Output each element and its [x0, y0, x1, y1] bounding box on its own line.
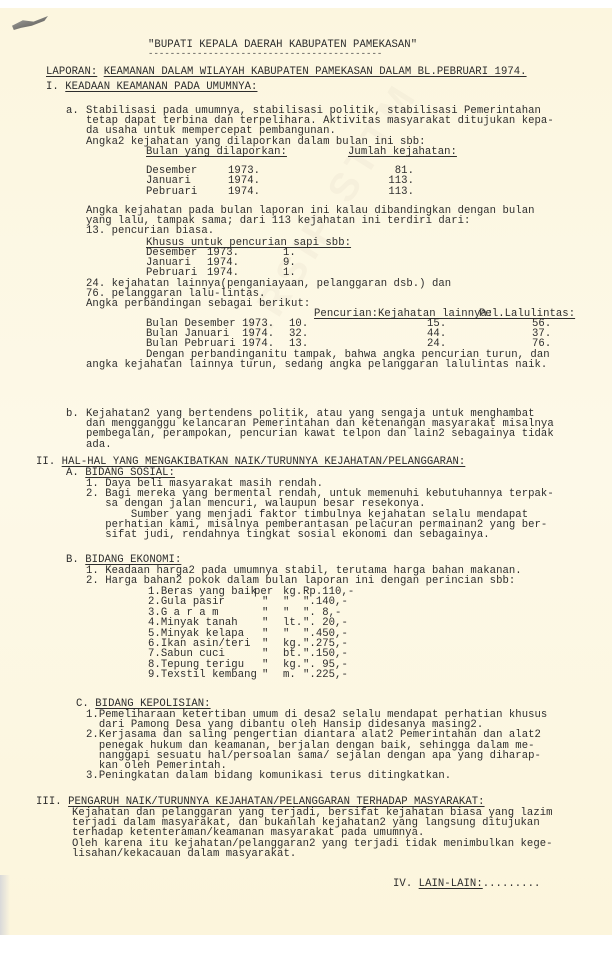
price-unit-prefix: "	[262, 670, 268, 681]
section-number: II.	[36, 456, 55, 468]
price-item: 9.Texstil kembang	[148, 670, 257, 681]
section-number: I.	[46, 81, 59, 93]
column-header: Pel.Lalulintas:	[479, 309, 575, 320]
paragraph-line: Angka perbandingan sebagai berikut:	[86, 299, 310, 310]
paragraph-line: pembegalan, perampokan, pencurian kawat …	[86, 429, 554, 440]
price-value: ".225,-	[303, 670, 348, 681]
column-header: Pencurian:	[314, 309, 378, 320]
item-b-marker: b.	[66, 409, 79, 420]
page-edge-shadow	[0, 875, 10, 935]
dotted-trail: .........	[483, 878, 541, 890]
column-header: Jumlah kejahatan:	[348, 147, 457, 158]
subsection-marker: B.	[66, 554, 79, 566]
price-unit: m.	[283, 670, 296, 681]
column-header: Bulan yang dilaporkan:	[146, 147, 287, 158]
paragraph-line: lisahan/kekacauan dalam masyarakat.	[72, 849, 296, 860]
report-line: LAPORAN: KEAMANAN DALAM WILAYAH KABUPATE…	[46, 67, 527, 78]
section-title: KEADAAN KEAMANAN PADA UMUMNYA:	[65, 81, 257, 93]
section-title: LAIN-LAIN:	[419, 878, 483, 890]
section-number: IV.	[393, 878, 412, 890]
report-label: LAPORAN:	[46, 66, 97, 78]
cell-count: 113.	[388, 187, 414, 198]
paragraph-line: angka kejahatan lainnya turun, sedang an…	[86, 360, 547, 371]
subsection-marker: A.	[66, 467, 79, 479]
report-subject: KEAMANAN DALAM WILAYAH KABUPATEN PAMEKAS…	[104, 66, 527, 78]
cell-month: Pebruari	[146, 187, 197, 198]
list-line: 3.Peningkatan dalam bidang komunikasi te…	[86, 771, 451, 782]
cell-year: 1974.	[228, 187, 260, 198]
list-line: sifat judi, rendahnya tingkat sosial eko…	[86, 530, 490, 541]
paragraph-line: ada.	[86, 440, 112, 451]
section-1-heading: I. KEADAAN KEAMANAN PADA UMUMNYA:	[46, 82, 257, 93]
section-4-heading: IV. LAIN-LAIN:.........	[393, 879, 540, 890]
item-a-marker: a.	[66, 106, 79, 117]
section-number: III.	[36, 796, 62, 808]
letterhead-rule: ----------------------------------------…	[148, 49, 382, 60]
